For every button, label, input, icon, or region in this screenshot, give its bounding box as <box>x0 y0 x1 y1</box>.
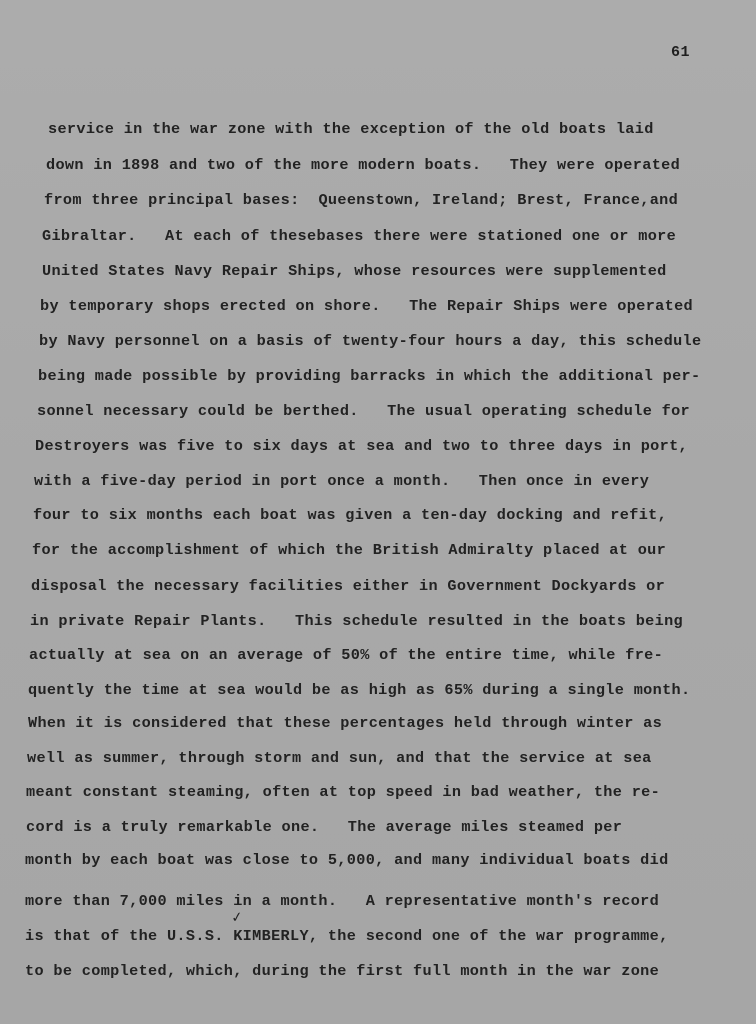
text-line: by temporary shops erected on shore. The… <box>40 297 693 315</box>
text-line: actually at sea on an average of 50% of … <box>29 646 663 664</box>
text-line: more than 7,000 miles in a month. A repr… <box>25 892 659 910</box>
text-line: United States Navy Repair Ships, whose r… <box>42 262 667 280</box>
text-line: Gibraltar. At each of thesebases there w… <box>42 227 676 245</box>
text-line: cord is a truly remarkable one. The aver… <box>26 818 622 836</box>
text-line: for the accomplishment of which the Brit… <box>32 541 666 559</box>
text-line: Destroyers was five to six days at sea a… <box>35 437 688 455</box>
text-line: being made possible by providing barrack… <box>38 367 700 385</box>
page-number: 61 <box>671 44 690 61</box>
text-line: sonnel necessary could be berthed. The u… <box>37 402 690 420</box>
text-line: with a five-day period in port once a mo… <box>34 472 649 490</box>
text-line: service in the war zone with the excepti… <box>48 120 688 138</box>
text-line: in private Repair Plants. This schedule … <box>30 612 683 630</box>
text-line: by Navy personnel on a basis of twenty-f… <box>39 332 701 350</box>
text-line: well as summer, through storm and sun, a… <box>27 749 652 767</box>
text-line: quently the time at sea would be as high… <box>28 681 690 699</box>
text-line: disposal the necessary facilities either… <box>31 577 665 595</box>
text-line: to be completed, which, during the first… <box>25 962 659 980</box>
text-line: is that of the U.S.S. KIMBERLY, the seco… <box>25 927 669 945</box>
text-line: meant constant steaming, often at top sp… <box>26 783 660 801</box>
document-page: 61 service in the war zone with the exce… <box>0 0 756 1024</box>
text-line: month by each boat was close to 5,000, a… <box>25 851 669 869</box>
text-line: from three principal bases: Queenstown, … <box>44 191 678 209</box>
text-line: When it is considered that these percent… <box>28 714 662 732</box>
text-line: four to six months each boat was given a… <box>33 506 667 524</box>
text-line: down in 1898 and two of the more modern … <box>46 156 680 174</box>
